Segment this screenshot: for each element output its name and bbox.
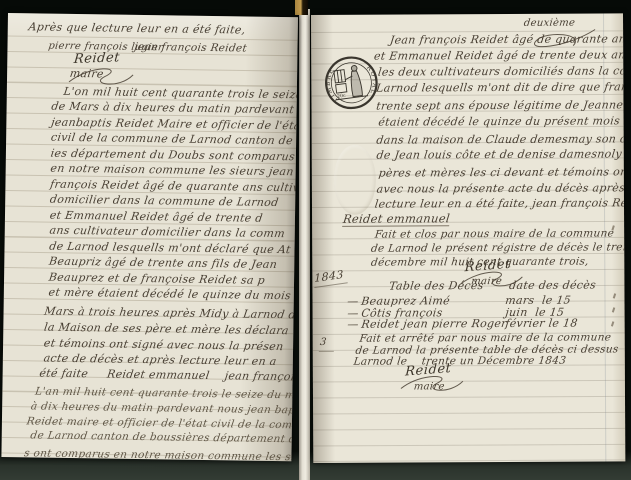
manuscript-line: et témoins ont signé avec nous la présen xyxy=(43,338,284,354)
margin-year: 1843 xyxy=(314,268,348,288)
manuscript-line: Fait et clos par nous maire de la commun… xyxy=(374,227,615,240)
left-page: Après que lecture leur en a été faite, p… xyxy=(1,13,298,461)
signature: Reidet emmanuel xyxy=(342,212,451,227)
manuscript-line: en notre maison commune les sieurs jean xyxy=(50,163,295,179)
manuscript-line: ies département du Doubs sont comparus xyxy=(50,148,296,164)
manuscript-line: avec nous la présente acte du décès aprè… xyxy=(376,182,625,195)
manuscript-line: françois Reidet âgé de quarante ans cult… xyxy=(49,179,298,195)
manuscript-line: Larnod le trente un Décembre 1843 xyxy=(353,355,567,368)
right-page: deuxième TIMBRE ROYAL xyxy=(311,13,625,463)
manuscript-line: été faite Reidet emmanuel jean françois … xyxy=(39,368,298,384)
manuscript-line: L'an mil huit cent quarante trois le sei… xyxy=(34,385,298,402)
manuscript-line: Larnod lesquells m'ont dit de dire que f… xyxy=(375,81,625,95)
manuscript-line: domicilier dans la commune de Larnod xyxy=(49,194,279,209)
manuscript-line: Jean françois Reidet âgé de quarante ans xyxy=(389,33,625,46)
binding-strip xyxy=(299,9,310,480)
manuscript-line: L'on mil huit cent quarante trois le sei… xyxy=(63,86,298,102)
witness-signature: jean françois Reidet xyxy=(133,41,247,55)
row-mark: — xyxy=(347,319,360,331)
manuscript-line: la Maison de ses père et mère les déclar… xyxy=(43,322,289,338)
manuscript-line: et mère étaient décédé le quinze du mois xyxy=(48,287,292,303)
manuscript-line: et Emmanuel Reidet âgé de trente deux an… xyxy=(373,49,625,62)
scanned-document: Après que lecture leur en a été faite, p… xyxy=(0,0,631,480)
signature-flourish xyxy=(397,370,467,396)
manuscript-line: de Larnod lesquells m'ont déclaré que At xyxy=(48,241,291,257)
manuscript-line: Beaupriz âgé de trente ans fils de Jean xyxy=(48,256,278,271)
manuscript-line: pères et mères les ci devant et témoins … xyxy=(378,166,625,180)
manuscript-line: de Larnod canton de boussières départeme… xyxy=(30,429,298,446)
manuscript-line: dans la maison de Claude demesmay son on… xyxy=(376,133,626,147)
ink-mark xyxy=(613,293,616,298)
table-title: Table des Décès xyxy=(388,280,484,293)
manuscript-line: les deux cultivateurs domiciliés dans la… xyxy=(377,65,625,79)
binding-tab xyxy=(295,0,308,15)
manuscript-line: s ont comparus en notre maison commune l… xyxy=(23,447,298,461)
manuscript-line: de Larnod le présent régistre de décès l… xyxy=(370,241,625,255)
manuscript-line: étaient décédé le quinze du présent mois… xyxy=(378,115,626,129)
manuscript-line: civil de la commune de Larnod canton de … xyxy=(50,132,298,148)
manuscript-line: Beauprez et de françoise Reidet sa p xyxy=(48,272,266,287)
manuscript-line: à dix heures du matin pardevant nous jea… xyxy=(30,400,298,416)
manuscript-line: Mars à trois heures après Midy à Larnod … xyxy=(43,306,297,322)
manuscript-line: de Mars à dix heures du matin pardevant xyxy=(51,101,295,117)
ink-mark xyxy=(611,321,614,326)
manuscript-line: lecture leur en a été faite, jean franço… xyxy=(374,197,625,210)
table-date-header: date des décès xyxy=(508,280,596,292)
manuscript-line: trente sept ans épouse légitime de Jeann… xyxy=(376,99,626,113)
ink-mark xyxy=(612,307,615,312)
manuscript-line: acte de décès et après lecture leur en a xyxy=(43,353,278,368)
table-row-date: février le 18 xyxy=(505,318,579,330)
margin-number: 3 xyxy=(319,337,335,352)
manuscript-line: ans cultivateur domicilier dans la comm xyxy=(49,225,286,240)
embossed-stamp xyxy=(334,145,376,215)
manuscript-line: jeanbaptis Reidet Maire et officier de l… xyxy=(50,117,298,133)
manuscript-line: et Emmanuel Reidet âgé de trente d xyxy=(49,210,264,225)
table-row-name: Reidet jean pierre Roger xyxy=(361,318,508,331)
review-line: Après que lecture leur en a été faite, xyxy=(28,21,247,36)
manuscript-line: de Jean louis côte et de denise damesnol… xyxy=(376,148,626,161)
stamp-value: 20c xyxy=(337,93,347,100)
